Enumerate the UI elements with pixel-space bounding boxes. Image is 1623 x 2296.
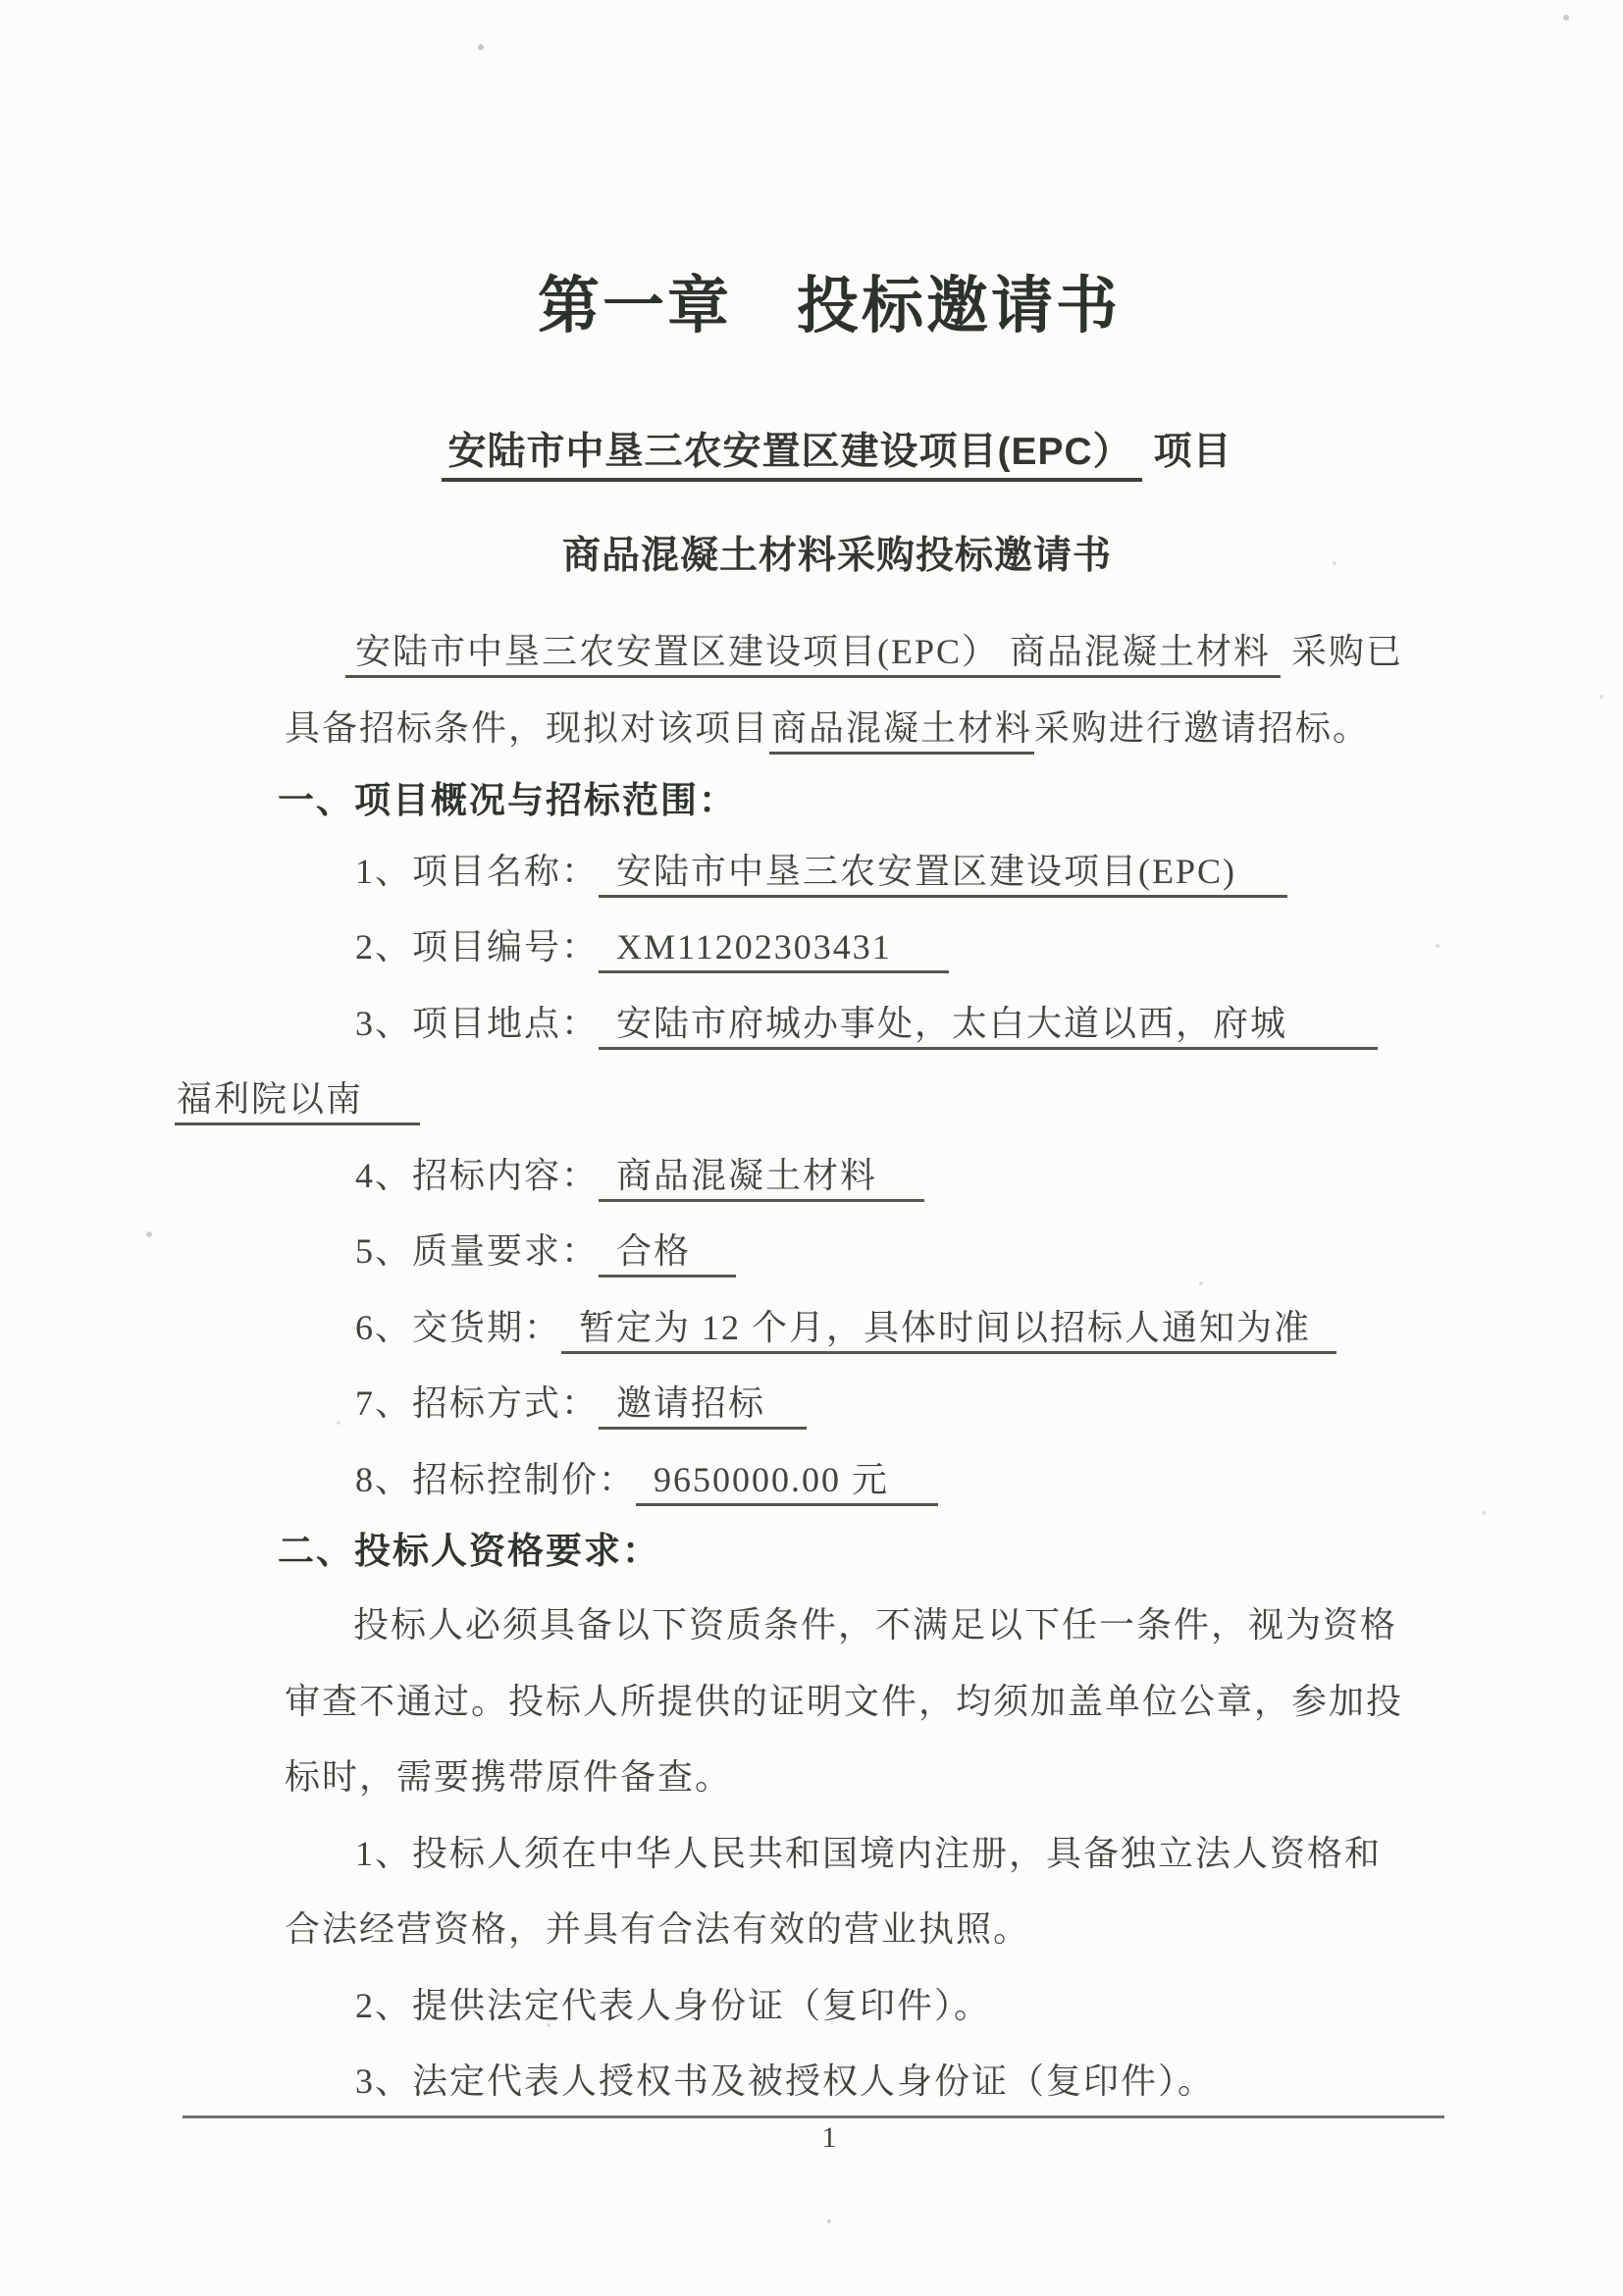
scanned-document-page: 第一章 投标邀请书 安陆市中垦三农安置区建设项目(EPC） 项目 商品混凝土材料… [0,0,1623,2296]
list-item-project-location-wrap: 福利院以南 [175,1075,420,1122]
list-item-project-name: 1、项目名称：安陆市中垦三农安置区建设项目(EPC) [355,848,1287,895]
item-7-label: 7、招标方式： [355,1383,599,1423]
item-3-label: 3、项目地点： [355,1004,599,1043]
scan-noise-speckles [0,0,4,4]
list-item-quality-requirement: 5、质量要求：合格 [355,1227,736,1275]
project-title-underlined: 安陆市中垦三农安置区建设项目(EPC） [442,431,1141,482]
requirement-2: 2、提供法定代表人身份证（复印件）。 [355,1982,991,2029]
requirement-1-line-1: 1、投标人须在中华人民共和国境内注册，具备独立法人资格和 [355,1830,1382,1877]
intro-line2-tail: 采购进行邀请招标。 [1034,708,1370,748]
list-item-delivery-period: 6、交货期：暂定为 12 个月，具体时间以招标人通知为准 [355,1304,1336,1351]
item-5-value: 合格 [599,1231,736,1278]
list-item-bid-method: 7、招标方式：邀请招标 [355,1380,807,1427]
item-4-value: 商品混凝土材料 [599,1156,924,1202]
list-item-project-location: 3、项目地点：安陆市府城办事处，太白大道以西，府城 [355,1000,1378,1047]
section-1-heading: 一、项目概况与招标范围： [278,778,737,825]
item-6-label: 6、交货期： [355,1308,561,1347]
item-6-value: 暂定为 12 个月，具体时间以招标人通知为准 [561,1308,1336,1354]
intro-paragraph-line-2: 具备招标条件，现拟对该项目商品混凝土材料采购进行邀请招标。 [285,704,1370,752]
page-number: 1 [18,2121,1623,2155]
qualification-paragraph-line-1: 投标人必须具备以下资质条件，不满足以下任一条件，视为资格 [353,1601,1397,1648]
list-item-bid-control-price: 8、招标控制价：9650000.00 元 [355,1456,938,1503]
requirement-3: 3、法定代表人授权书及被授权人身份证（复印件）。 [355,2058,1215,2105]
item-7-value: 邀请招标 [599,1383,807,1430]
item-5-label: 5、质量要求： [355,1231,599,1271]
intro-line2-underlined: 商品混凝土材料 [769,708,1034,755]
item-1-value: 安陆市中垦三农安置区建设项目(EPC) [599,852,1287,898]
intro-paragraph-line-1: 安陆市中垦三农安置区建设项目(EPC） 商品混凝土材料 采购已 [345,628,1403,675]
chapter-title: 第一章 投标邀请书 [18,283,1623,330]
item-2-value: XM11202303431 [599,927,949,973]
document-subtitle: 商品混凝土材料采购投标邀请书 [26,533,1623,580]
item-1-label: 1、项目名称： [355,852,599,891]
qualification-paragraph-line-2: 审查不通过。投标人所提供的证明文件，均须加盖单位公章，参加投 [285,1678,1403,1725]
item-3-value-wrap: 福利院以南 [175,1079,420,1125]
list-item-bid-content: 4、招标内容：商品混凝土材料 [355,1152,924,1199]
section-2-heading: 二、投标人资格要求： [278,1529,660,1576]
project-title-tail: 项目 [1142,431,1232,473]
intro-line1-underlined: 安陆市中垦三农安置区建设项目(EPC） 商品混凝土材料 [345,632,1281,678]
item-4-label: 4、招标内容： [355,1156,599,1195]
item-2-label: 2、项目编号： [355,927,599,966]
item-8-value: 9650000.00 元 [636,1460,938,1506]
item-8-label: 8、招标控制价： [355,1460,636,1499]
intro-line2-pre: 具备招标条件，现拟对该项目 [285,708,769,748]
intro-line1-tail: 采购已 [1281,632,1403,671]
footer-divider [183,2115,1444,2118]
project-title-line: 安陆市中垦三农安置区建设项目(EPC） 项目 [26,429,1623,476]
list-item-project-number: 2、项目编号：XM11202303431 [355,923,949,970]
qualification-paragraph-line-3: 标时，需要携带原件备查。 [285,1753,732,1800]
requirement-1-line-2: 合法经营资格，并具有合法有效的营业执照。 [285,1905,1030,1953]
item-3-value: 安陆市府城办事处，太白大道以西，府城 [599,1004,1378,1050]
